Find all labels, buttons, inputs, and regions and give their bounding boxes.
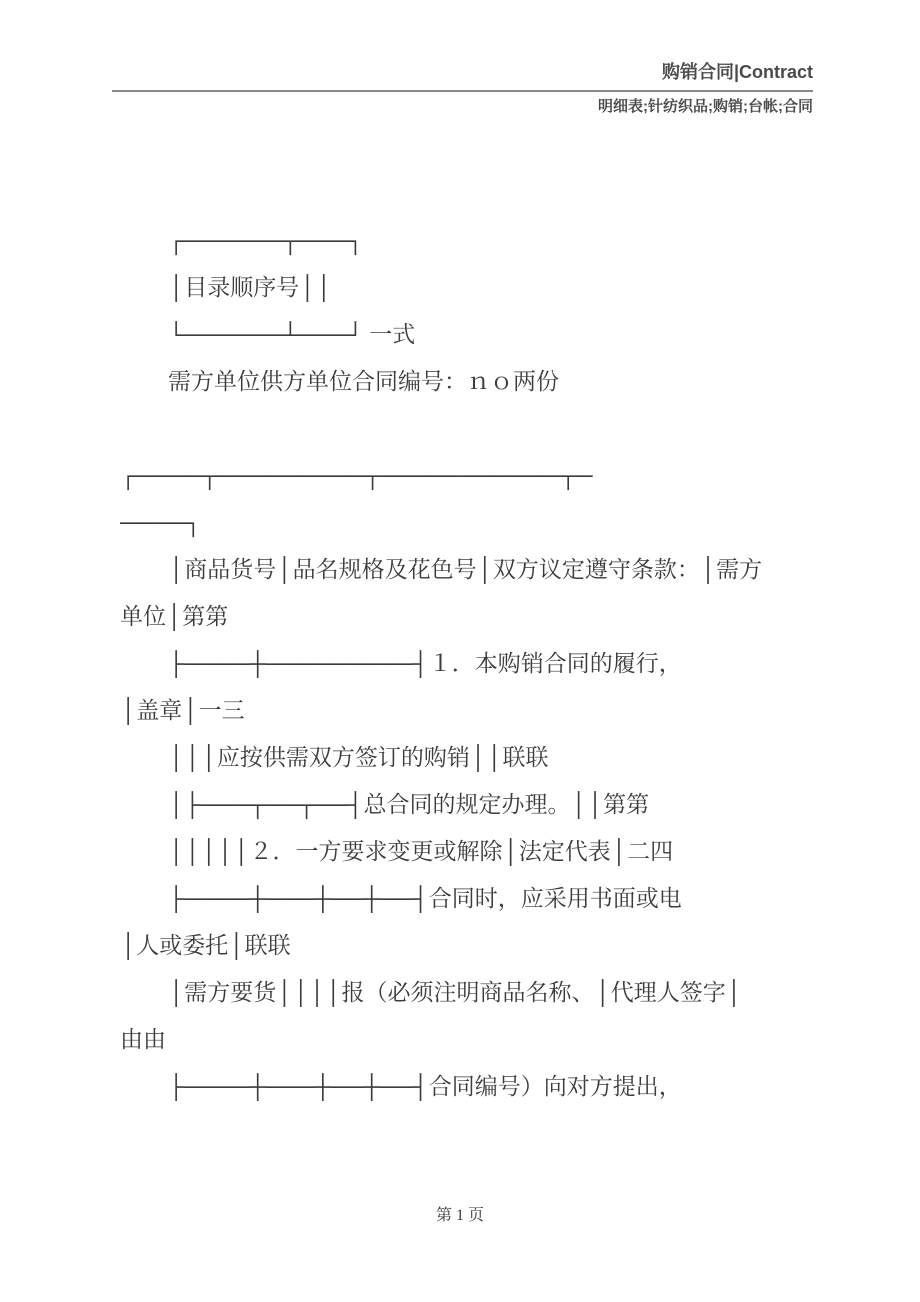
page-footer: 第 1 页 <box>0 1204 920 1228</box>
header-keywords: 明细表;针纺织品;购销;台帐;合同 <box>112 96 813 118</box>
document-line: ────┐ <box>120 499 820 546</box>
document-line: ├────┼─────────┤１．本购销合同的履行， <box>120 640 820 687</box>
document-line: │├───┬──┬──┤总合同的规定办理。││第第 <box>120 781 820 828</box>
document-line: │需方要货││││报（必须注明商品名称、│代理人签字│ <box>120 969 820 1016</box>
header-title: 购销合同|Contract <box>112 60 813 84</box>
document-line: │人或委托│联联 <box>120 922 820 969</box>
document-line <box>120 405 820 452</box>
document-line: 单位│第第 <box>120 593 820 640</box>
document-line: 由由 <box>120 1016 820 1063</box>
document-line: ┌──────┬───┐ <box>120 217 820 264</box>
document-page: 购销合同|Contract 明细表;针纺织品;购销;台帐;合同 ┌──────┬… <box>0 0 920 1302</box>
header-rule <box>112 90 813 92</box>
document-line: └──────┴───┘ 一式 <box>120 311 820 358</box>
document-line: │目录顺序号││ <box>120 264 820 311</box>
document-line: │商品货号│品名规格及花色号│双方议定遵守条款：│需方 <box>120 546 820 593</box>
document-line: │盖章│一三 <box>120 687 820 734</box>
document-line: │││应按供需双方签订的购销││联联 <box>120 734 820 781</box>
document-line: │││││２．一方要求变更或解除│法定代表│二四 <box>120 828 820 875</box>
document-line: ┌────┬─────────┬───────────┬─ <box>120 452 820 499</box>
document-line: ├────┼───┼──┼──┤合同时，应采用书面或电 <box>120 875 820 922</box>
page-number: 第 1 页 <box>436 1207 484 1224</box>
document-body: ┌──────┬───┐│目录顺序号││└──────┴───┘ 一式需方单位供… <box>120 217 820 1110</box>
document-line: ├────┼───┼──┼──┤合同编号）向对方提出， <box>120 1063 820 1110</box>
page-header: 购销合同|Contract 明细表;针纺织品;购销;台帐;合同 <box>112 60 813 118</box>
document-line: 需方单位供方单位合同编号：ｎｏ两份 <box>120 358 820 405</box>
